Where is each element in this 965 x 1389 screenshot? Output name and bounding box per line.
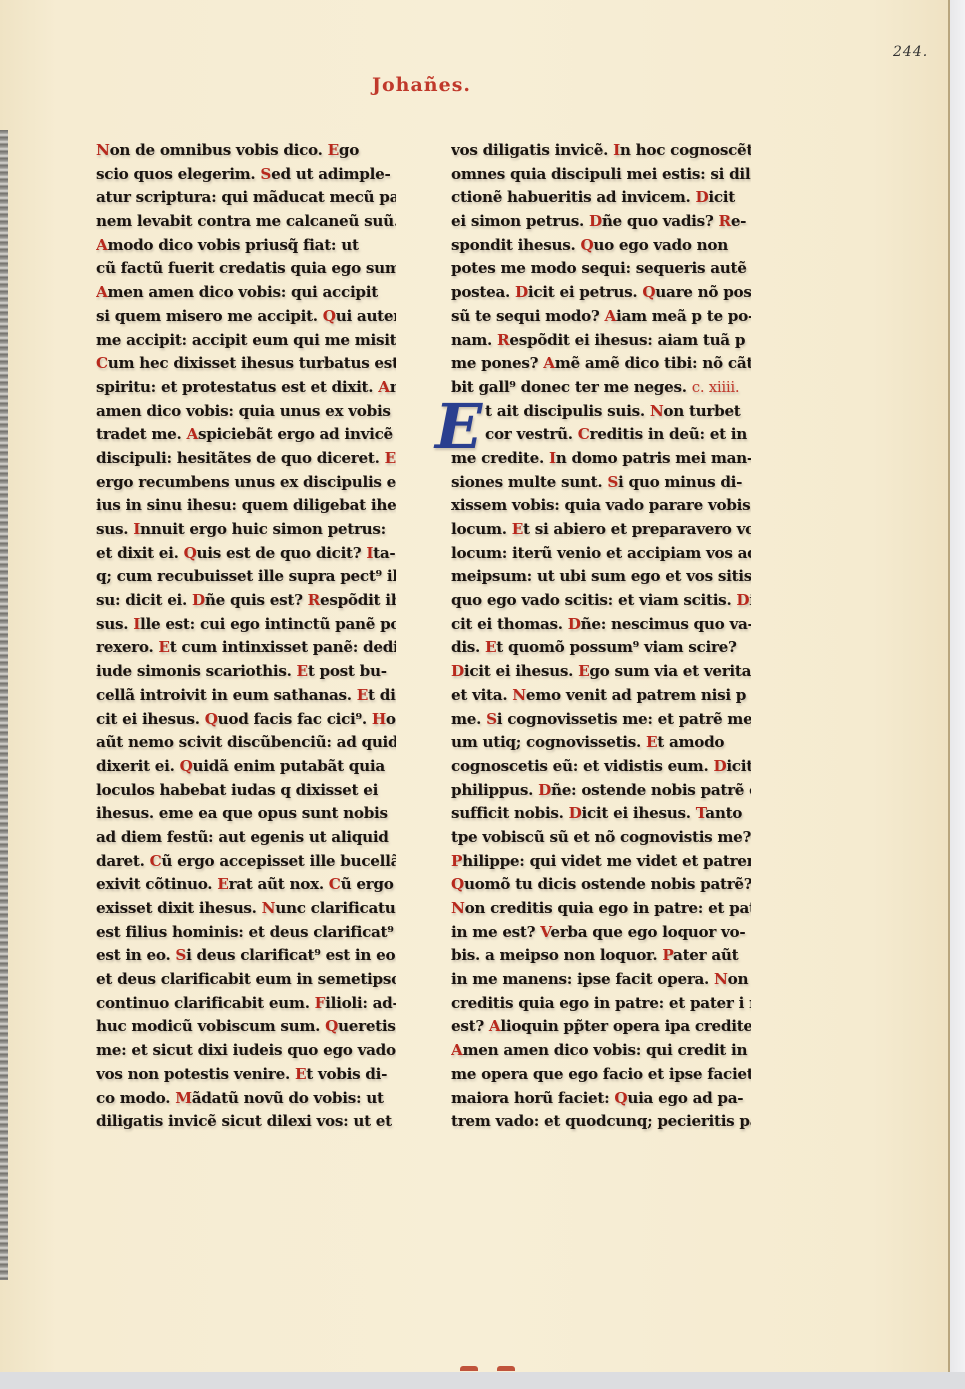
text-line: sus. Innuit ergo huic simon petrus:: [96, 518, 396, 542]
text-line: in me manens: ipse facit opera. Non: [451, 968, 751, 992]
rubricated-initial: R: [497, 331, 509, 349]
text-line: Amodo dico vobis priusq̃ fiat: ut: [96, 234, 396, 258]
rubricated-initial: F: [315, 994, 325, 1012]
text-line: iude simonis scariothis. Et post bu-: [96, 660, 396, 684]
text-line: atur scriptura: qui mãducat mecũ pa-: [96, 186, 396, 210]
text-line: spiritu: et protestatus est et dixit. Am…: [96, 376, 396, 400]
text-line: me pones? Amẽ amẽ dico tibi: nõ cãta-: [451, 352, 751, 376]
text-line: in me est? Verba que ego loquor vo-: [451, 921, 751, 945]
text-line: dixerit ei. Quidã enim putabãt quia: [96, 755, 396, 779]
rubricated-initial: I: [366, 544, 373, 562]
text-line: cũ factũ fuerit credatis quia ego sum.: [96, 257, 396, 281]
text-line: discipuli: hesitãtes de quo diceret. Era…: [96, 447, 396, 471]
rubricated-initial: D: [568, 615, 581, 633]
rubricated-initial: A: [378, 378, 389, 396]
rubricated-initial: Q: [614, 1089, 627, 1107]
text-line: Amen amen dico vobis: qui accipit: [96, 281, 396, 305]
rubricated-initial: C: [150, 852, 162, 870]
rubricated-initial: D: [192, 591, 205, 609]
text-line: su: dicit ei. Dñe quis est? Respõdit ihe…: [96, 589, 396, 613]
text-line: ius in sinu ihesu: quem diligebat ihe-: [96, 494, 396, 518]
manuscript-page: 244. Johañes. Non de omnibus vobis dico.…: [0, 0, 950, 1373]
rubricated-initial: A: [96, 283, 107, 301]
text-line: tpe vobiscũ sũ et nõ cognovistis me?: [451, 826, 751, 850]
text-line: meipsum: ut ubi sum ego et vos sitis. Et: [451, 565, 751, 589]
rubricated-initial: E: [578, 662, 589, 680]
left-text-column: Non de omnibus vobis dico. Egoscio quos …: [96, 139, 396, 1134]
text-line: et dixit ei. Quis est de quo dicit? Ita-: [96, 542, 396, 566]
text-line: vos diligatis invicẽ. In hoc cognoscẽt: [451, 139, 751, 163]
rubricated-initial: M: [175, 1089, 192, 1107]
rubricated-initial: S: [175, 946, 186, 964]
rubricated-initial: Q: [325, 1017, 338, 1035]
text-line: rexero. Et cum intinxisset panẽ: dedit: [96, 636, 396, 660]
text-line: cit ei ihesus. Quod facis fac cici⁹. Hoc: [96, 708, 396, 732]
rubricated-initial: C: [578, 425, 590, 443]
page-edge-stack: [0, 130, 8, 1280]
text-line: postea. Dicit ei petrus. Quare nõ pos-: [451, 281, 751, 305]
rubricated-initial: I: [133, 615, 140, 633]
text-line: est filius hominis: et deus clarificat⁹: [96, 921, 396, 945]
text-line: maiora horũ faciet: Quia ego ad pa-: [451, 1087, 751, 1111]
text-line: vos non potestis venire. Et vobis di-: [96, 1063, 396, 1087]
rubricated-initial: E: [158, 638, 169, 656]
rubricated-initial: S: [260, 165, 271, 183]
rubricated-initial: Q: [184, 544, 197, 562]
text-line: bis. a meipso non loquor. Pater aũt: [451, 944, 751, 968]
scan-background-bottom: [0, 1372, 965, 1389]
text-line: et vita. Nemo venit ad patrem nisi p: [451, 684, 751, 708]
rubricated-initial: T: [696, 804, 706, 822]
rubricated-initial: D: [713, 757, 726, 775]
text-line: philippus. Dñe: ostende nobis patrẽ et: [451, 779, 751, 803]
text-line: si quem misero me accipit. Qui autem: [96, 305, 396, 329]
rubricated-initial: S: [607, 473, 618, 491]
binding-mark: [497, 1366, 515, 1371]
rubricated-initial: Q: [180, 757, 193, 775]
text-line: sũ te sequi modo? Aiam meã p te po-: [451, 305, 751, 329]
rubricated-initial: Q: [323, 307, 336, 325]
right-text-column: E vos diligatis invicẽ. In hoc cognoscẽt…: [451, 139, 751, 1134]
text-line: locum: iterũ venio et accipiam vos ad: [451, 542, 751, 566]
text-line: aũt nemo scivit discũbenciũ: ad quid: [96, 731, 396, 755]
rubricated-initial: R: [718, 212, 730, 230]
decorated-initial: E: [435, 397, 491, 457]
rubricated-initial: E: [295, 1065, 306, 1083]
text-line: ergo recumbens unus ex discipulis e-: [96, 471, 396, 495]
rubricated-initial: E: [512, 520, 523, 538]
rubricated-initial: N: [512, 686, 526, 704]
rubricated-initial: N: [650, 402, 664, 420]
text-line: et deus clarificabit eum in semetipso: e…: [96, 968, 396, 992]
rubricated-initial: Q: [451, 875, 464, 893]
rubricated-initial: A: [96, 236, 107, 254]
text-line: continuo clarificabit eum. Filioli: ad-: [96, 992, 396, 1016]
text-line: huc modicũ vobiscum sum. Queretis: [96, 1015, 396, 1039]
text-line: Cum hec dixisset ihesus turbatus est: [96, 352, 396, 376]
text-line: diligatis invicẽ sicut dilexi vos: ut et: [96, 1110, 396, 1134]
folio-number: 244.: [893, 44, 928, 60]
text-line: um utiq; cognovissetis. Et amodo: [451, 731, 751, 755]
text-line: dis. Et quomõ possum⁹ viam scire?: [451, 636, 751, 660]
text-line: locum. Et si abiero et preparavero vobis: [451, 518, 751, 542]
text-line: siones multe sunt. Si quo minus di-: [451, 471, 751, 495]
rubricated-initial: I: [613, 141, 620, 159]
rubricated-initial: N: [451, 899, 465, 917]
rubricated-initial: H: [372, 710, 386, 728]
text-line: Amen amen dico vobis: qui credit in: [451, 1039, 751, 1063]
rubricated-initial: D: [569, 804, 582, 822]
rubricated-initial: N: [714, 970, 728, 988]
rubricated-initial: Q: [642, 283, 655, 301]
text-line: me: et sicut dixi iudeis quo ego vado: [96, 1039, 396, 1063]
text-line: cit ei thomas. Dñe: nescimus quo va-: [451, 613, 751, 637]
text-line: trem vado: et quodcunq; pecieritis patre…: [451, 1110, 751, 1134]
text-line: exivit cõtinuo. Erat aũt nox. Cũ ergo: [96, 873, 396, 897]
running-head: Johañes.: [372, 74, 471, 96]
text-line: me opera que ego facio et ipse faciet: e…: [451, 1063, 751, 1087]
rubricated-initial: N: [262, 899, 276, 917]
rubricated-initial: D: [695, 188, 708, 206]
rubricated-initial: A: [543, 354, 554, 372]
rubricated-initial: E: [385, 449, 396, 467]
text-line: quo ego vado scitis: et viam scitis. Di-: [451, 589, 751, 613]
text-line: sus. Ille est: cui ego intinctũ panẽ por…: [96, 613, 396, 637]
rubricated-initial: A: [605, 307, 616, 325]
text-line: Quomõ tu dicis ostende nobis patrẽ?: [451, 873, 751, 897]
rubricated-initial: P: [451, 852, 462, 870]
text-line: cognoscetis eũ: et vidistis eum. Dicit e…: [451, 755, 751, 779]
text-line-content: bit gall⁹ donec ter me neges.: [451, 378, 687, 396]
rubricated-initial: E: [485, 638, 496, 656]
text-line: t ait discipulis suis. Non turbet: [451, 400, 751, 424]
rubricated-initial: D: [515, 283, 528, 301]
text-line: q; cum recubuisset ille supra pect⁹ ihe-: [96, 565, 396, 589]
rubricated-initial: N: [96, 141, 110, 159]
rubricated-initial: C: [329, 875, 341, 893]
rubricated-initial: D: [538, 781, 551, 799]
text-line: co modo. Mãdatũ novũ do vobis: ut: [96, 1087, 396, 1111]
text-line: nam. Respõdit ei ihesus: aiam tuã p: [451, 329, 751, 353]
rubricated-initial: I: [549, 449, 556, 467]
rubricated-initial: C: [96, 354, 108, 372]
text-line: potes me modo sequi: sequeris autẽ: [451, 257, 751, 281]
rubricated-initial: D: [589, 212, 602, 230]
rubricated-initial: V: [540, 923, 550, 941]
text-line: ihesus. eme ea que opus sunt nobis: [96, 802, 396, 826]
rubricated-initial: E: [646, 733, 657, 751]
scan-background-right: [950, 0, 965, 1389]
text-line: scio quos elegerim. Sed ut adimple-: [96, 163, 396, 187]
rubricated-initial: R: [308, 591, 320, 609]
text-line: me. Si cognovissetis me: et patrẽ me-: [451, 708, 751, 732]
text-line: me credite. In domo patris mei man-: [451, 447, 751, 471]
rubricated-initial: A: [186, 425, 197, 443]
text-line: ctionẽ habueritis ad invicem. Dicit: [451, 186, 751, 210]
text-line: nem levabit contra me calcaneũ suũ.: [96, 210, 396, 234]
text-line: me accipit: accipit eum qui me misit.: [96, 329, 396, 353]
text-line: omnes quia discipuli mei estis: si dile-: [451, 163, 751, 187]
rubricated-initial: S: [486, 710, 497, 728]
text-line: ad diem festũ: aut egenis ut aliquid: [96, 826, 396, 850]
text-line: Non de omnibus vobis dico. Ego: [96, 139, 396, 163]
text-line: cor vestrũ. Creditis in deũ: et in: [451, 423, 751, 447]
text-line: cellã introivit in eum sathanas. Et di-: [96, 684, 396, 708]
chapter-number: c. xiiii.: [692, 378, 740, 396]
text-line: Non creditis quia ego in patre: et pater: [451, 897, 751, 921]
text-line: bit gall⁹ donec ter me neges. c. xiiii.: [451, 376, 751, 400]
rubricated-initial: E: [328, 141, 339, 159]
rubricated-initial: D: [736, 591, 749, 609]
rubricated-initial: P: [662, 946, 673, 964]
text-line: loculos habebat iudas q dixisset ei: [96, 779, 396, 803]
rubricated-initial: I: [133, 520, 140, 538]
rubricated-initial: E: [357, 686, 368, 704]
text-line: tradet me. Aspiciebãt ergo ad invicẽ: [96, 423, 396, 447]
text-line: est in eo. Si deus clarificat⁹ est in eo…: [96, 944, 396, 968]
rubricated-initial: A: [489, 1017, 500, 1035]
rubricated-initial: D: [451, 662, 464, 680]
text-line: amen dico vobis: quia unus ex vobis: [96, 400, 396, 424]
text-line: xissem vobis: quia vado parare vobis: [451, 494, 751, 518]
text-line: est? Alioquin pp̃ter opera ipa credite.: [451, 1015, 751, 1039]
rubricated-initial: Q: [580, 236, 593, 254]
rubricated-initial: A: [451, 1041, 462, 1059]
text-line: exisset dixit ihesus. Nunc clarificatus: [96, 897, 396, 921]
rubricated-initial: E: [217, 875, 228, 893]
text-line: sufficit nobis. Dicit ei ihesus. Tanto: [451, 802, 751, 826]
text-line: Dicit ei ihesus. Ego sum via et veritas: [451, 660, 751, 684]
text-line: Philippe: qui videt me videt et patrem.: [451, 850, 751, 874]
binding-mark: [460, 1366, 478, 1371]
text-line: ei simon petrus. Dñe quo vadis? Re-: [451, 210, 751, 234]
text-line: daret. Cũ ergo accepisset ille bucellã:: [96, 850, 396, 874]
text-line: spondit ihesus. Quo ego vado non: [451, 234, 751, 258]
text-line: creditis quia ego in patre: et pater i m…: [451, 992, 751, 1016]
rubricated-initial: E: [297, 662, 308, 680]
rubricated-initial: Q: [205, 710, 218, 728]
